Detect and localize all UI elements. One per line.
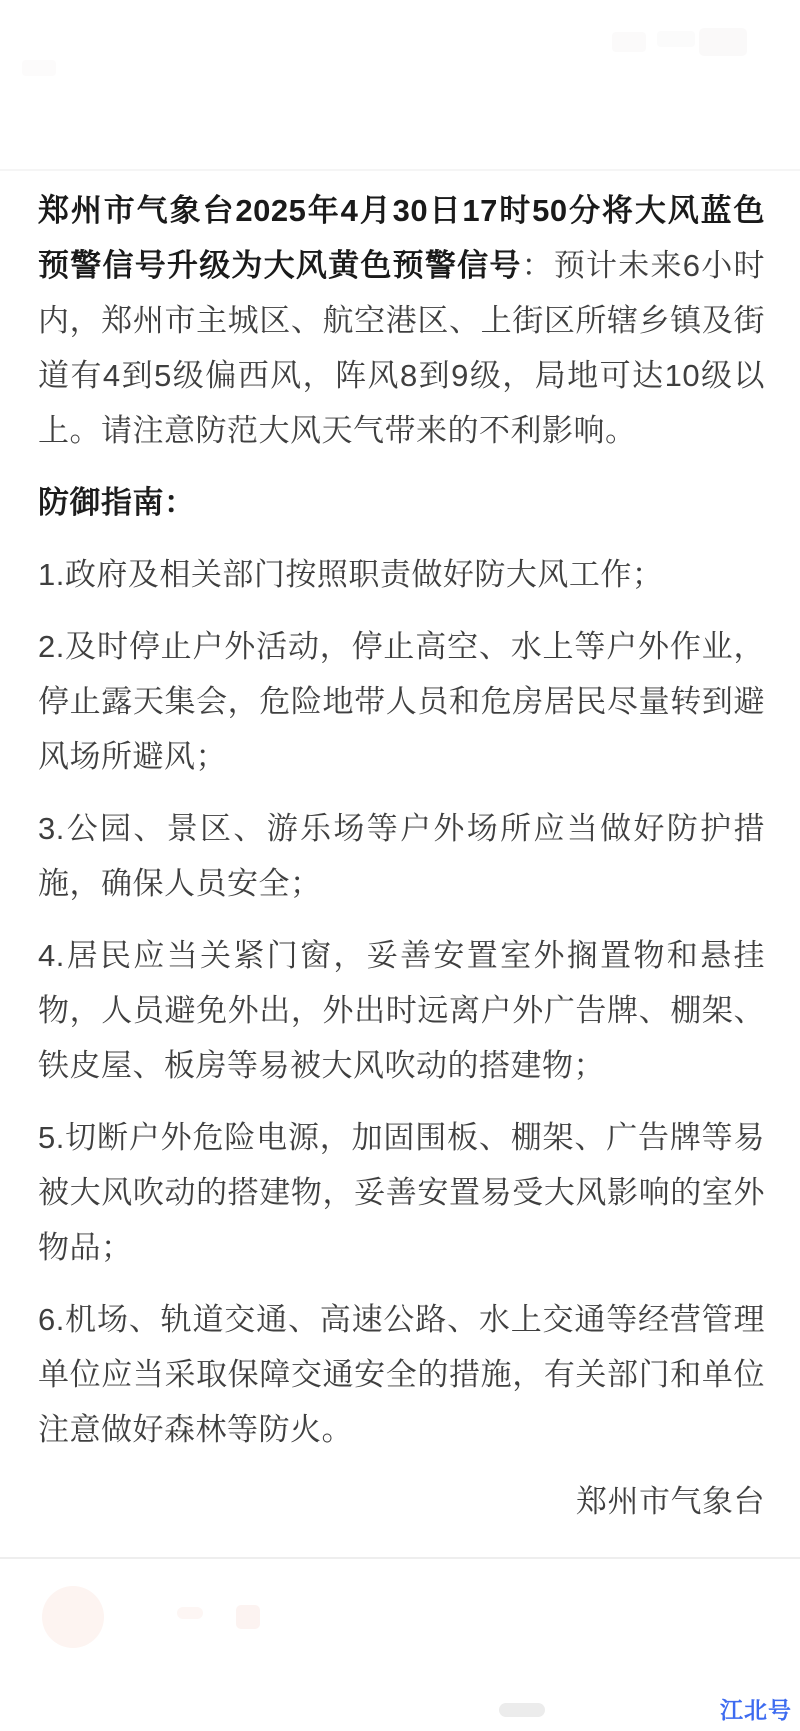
guide-item-6: 6.机场、轨道交通、高速公路、水上交通等经营管理单位应当采取保障交通安全的措施，… <box>38 1292 765 1457</box>
guide-item-2: 2.及时停止户外活动，停止高空、水上等户外作业，停止露天集会，危险地带人员和危房… <box>38 619 765 784</box>
ghost-artifact <box>236 1605 260 1629</box>
ghost-artifact <box>699 28 747 56</box>
warning-lead-paragraph: 郑州市气象台2025年4月30日17时50分将大风蓝色预警信号升级为大风黄色预警… <box>38 183 765 458</box>
warning-notice-article: 郑州市气象台2025年4月30日17时50分将大风蓝色预警信号升级为大风黄色预警… <box>38 183 765 1546</box>
defense-guide-heading: 防御指南： <box>38 475 765 530</box>
guide-item-4: 4.居民应当关紧门窗，妥善安置室外搁置物和悬挂物，人员避免外出，外出时远离户外广… <box>38 928 765 1093</box>
ghost-artifact <box>22 60 56 76</box>
content-top-divider <box>0 169 800 171</box>
ghost-artifact <box>657 31 695 47</box>
footer-divider <box>0 1557 800 1559</box>
guide-item-3: 3.公园、景区、游乐场等户外场所应当做好防护措施，确保人员安全； <box>38 801 765 911</box>
guide-item-5: 5.切断户外危险电源，加固围板、棚架、广告牌等易被大风吹动的搭建物，妥善安置易受… <box>38 1110 765 1275</box>
watermark-badge: 江北号 <box>720 1697 792 1723</box>
ghost-artifact <box>612 32 646 52</box>
avatar <box>42 1586 104 1648</box>
ghost-artifact <box>177 1607 203 1619</box>
issuer-signature: 郑州市气象台 <box>38 1474 765 1529</box>
guide-item-1: 1.政府及相关部门按照职责做好防大风工作； <box>38 547 765 602</box>
ghost-pill <box>499 1703 545 1717</box>
